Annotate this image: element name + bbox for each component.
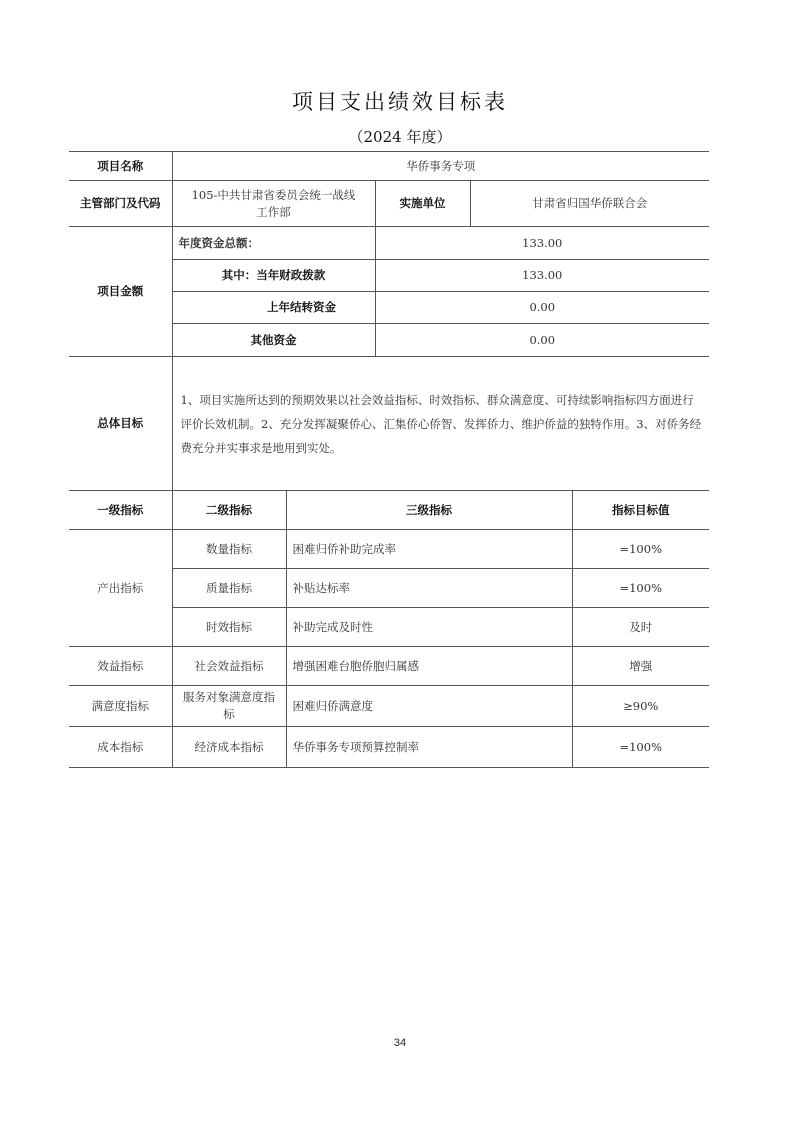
target-cell: =100% [572, 727, 709, 768]
department-row: 主管部门及代码 105-中共甘肃省委员会统一战线工作部 实施单位 甘肃省归国华侨… [69, 181, 709, 227]
header-target: 指标目标值 [572, 491, 709, 530]
level3-cell: 补助完成及时性 [286, 608, 572, 647]
target-cell: 增强 [572, 647, 709, 686]
header-level3: 三级指标 [286, 491, 572, 530]
indicator-row: 成本指标 经济成本指标 华侨事务专项预算控制率 =100% [69, 727, 709, 768]
department-value: 105-中共甘肃省委员会统一战线工作部 [172, 181, 375, 227]
amount-value: 133.00 [375, 227, 709, 260]
page-number: 34 [0, 1037, 800, 1049]
level2-cell: 服务对象满意度指标 [172, 686, 286, 727]
target-cell: =100% [572, 569, 709, 608]
level3-cell: 增强困难台胞侨胞归属感 [286, 647, 572, 686]
amount-value: 0.00 [375, 292, 709, 324]
level2-cell: 质量指标 [172, 569, 286, 608]
indicator-row: 满意度指标 服务对象满意度指标 困难归侨满意度 ≥90% [69, 686, 709, 727]
amount-label: 其中：当年财政拨款 [172, 260, 375, 292]
indicator-row: 效益指标 社会效益指标 增强困难台胞侨胞归属感 增强 [69, 647, 709, 686]
project-name-row: 项目名称 华侨事务专项 [69, 152, 709, 181]
project-name-label: 项目名称 [69, 152, 172, 181]
target-cell: 及时 [572, 608, 709, 647]
project-amount-label: 项目金额 [69, 227, 172, 357]
target-cell: =100% [572, 530, 709, 569]
performance-target-table: 项目名称 华侨事务专项 主管部门及代码 105-中共甘肃省委员会统一战线工作部 … [69, 151, 709, 491]
level1-satisfaction: 满意度指标 [69, 686, 172, 727]
header-level1: 一级指标 [69, 491, 172, 530]
indicator-row: 产出指标 数量指标 困难归侨补助完成率 =100% [69, 530, 709, 569]
page-subtitle: （2024 年度） [0, 126, 800, 147]
level1-output: 产出指标 [69, 530, 172, 647]
level3-cell: 补贴达标率 [286, 569, 572, 608]
level1-benefit: 效益指标 [69, 647, 172, 686]
level2-cell: 数量指标 [172, 530, 286, 569]
implementing-unit-label: 实施单位 [375, 181, 470, 227]
amount-label: 年度资金总额： [172, 227, 375, 260]
department-label: 主管部门及代码 [69, 181, 172, 227]
amount-value: 133.00 [375, 260, 709, 292]
level2-cell: 经济成本指标 [172, 727, 286, 768]
level3-cell: 华侨事务专项预算控制率 [286, 727, 572, 768]
level2-cell: 社会效益指标 [172, 647, 286, 686]
level2-cell: 时效指标 [172, 608, 286, 647]
implementing-unit-value: 甘肃省归国华侨联合会 [470, 181, 709, 227]
indicator-header-row: 一级指标 二级指标 三级指标 指标目标值 [69, 491, 709, 530]
header-level2: 二级指标 [172, 491, 286, 530]
overall-goal-text: 1、项目实施所达到的预期效果以社会效益指标、时效指标、群众满意度、可持续影响指标… [172, 357, 709, 491]
overall-goal-row: 总体目标 1、项目实施所达到的预期效果以社会效益指标、时效指标、群众满意度、可持… [69, 357, 709, 491]
project-name-value: 华侨事务专项 [172, 152, 709, 181]
target-cell: ≥90% [572, 686, 709, 727]
page-title: 项目支出绩效目标表 [0, 86, 800, 116]
indicator-table: 一级指标 二级指标 三级指标 指标目标值 产出指标 数量指标 困难归侨补助完成率… [69, 490, 709, 768]
amount-row: 项目金额 年度资金总额： 133.00 [69, 227, 709, 260]
amount-label: 上年结转资金 [172, 292, 375, 324]
amount-label: 其他资金 [172, 324, 375, 357]
level3-cell: 困难归侨补助完成率 [286, 530, 572, 569]
level3-cell: 困难归侨满意度 [286, 686, 572, 727]
level1-cost: 成本指标 [69, 727, 172, 768]
amount-value: 0.00 [375, 324, 709, 357]
overall-goal-label: 总体目标 [69, 357, 172, 491]
